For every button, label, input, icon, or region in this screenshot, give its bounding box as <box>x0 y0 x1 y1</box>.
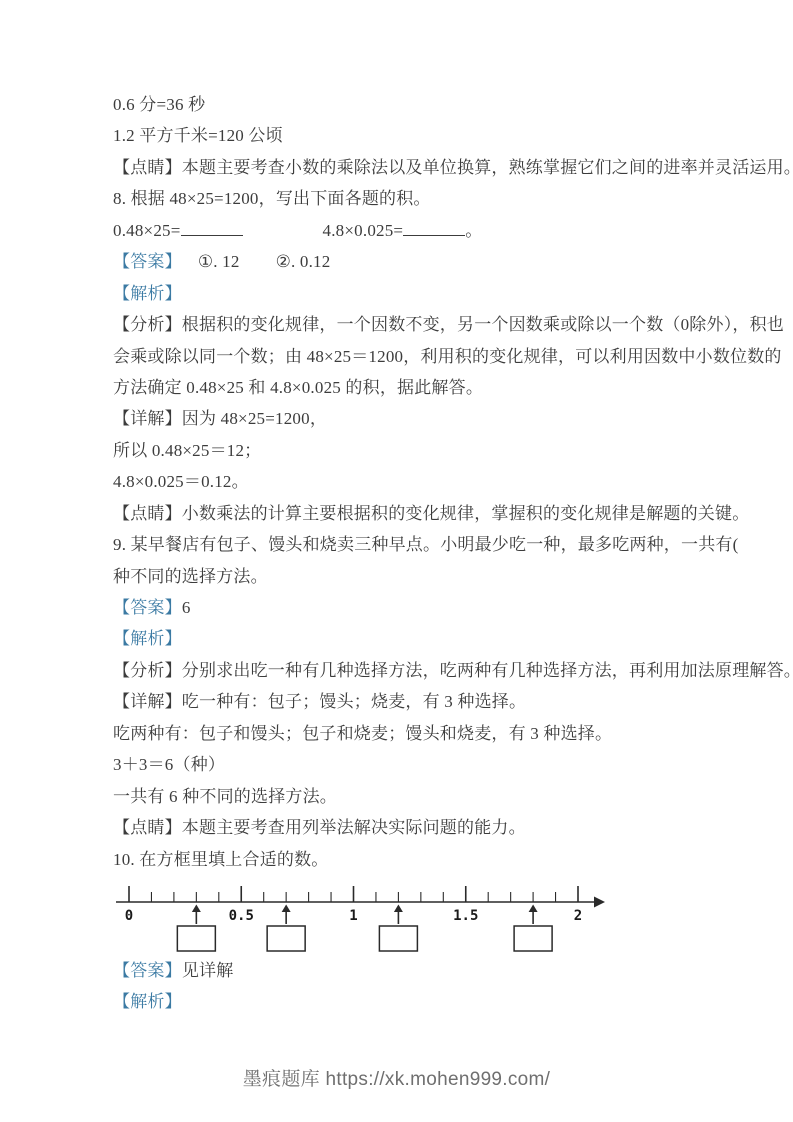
text-run: 【分析】分别求出吃一种有几种选择方法，吃两种有几种选择方法，再利用加法原理解答。 <box>113 661 793 680</box>
text-run: 4.8×0.025= <box>323 221 404 240</box>
text-line: 【点睛】本题主要考查小数的乘除法以及单位换算，熟练掌握它们之间的进率并灵活运用。 <box>113 152 713 183</box>
up-arrow-head-icon <box>282 904 291 912</box>
answer-blank <box>181 220 243 236</box>
answer-box <box>177 926 215 951</box>
up-arrow-head-icon <box>529 904 538 912</box>
text-line: 吃两种有：包子和馒头；包子和烧麦；馒头和烧麦，有 3 种选择。 <box>113 718 713 749</box>
answer-box <box>514 926 552 951</box>
text-line: 10. 在方框里填上合适的数。 <box>113 844 713 875</box>
text-run: ②. 0.12 <box>276 252 331 271</box>
text-run: 种不同的选择方法。 <box>113 567 268 586</box>
text-run: 一共有 6 种不同的选择方法。 <box>113 787 337 806</box>
text-line: 【解析】 <box>113 986 713 1017</box>
text-run: 所以 0.48×25＝12； <box>113 441 261 460</box>
text-run: ①. 12 <box>198 252 240 271</box>
text-run: 3＋3＝6（种） <box>113 755 225 774</box>
tick-label: 1 <box>349 908 357 924</box>
text-run: 【分析】根据积的变化规律，一个因数不变，另一个因数乘或除以一个数（0除外），积也 <box>113 315 784 334</box>
spacer <box>243 235 323 236</box>
spacer <box>240 266 276 267</box>
text-line: 【点睛】小数乘法的计算主要根据积的变化规律，掌握积的变化规律是解题的关键。 <box>113 498 713 529</box>
text-line: 会乘或除以同一个数；由 48×25＝1200，利用积的变化规律，可以利用因数中小… <box>113 341 713 372</box>
text-run: 10. 在方框里填上合适的数。 <box>113 850 329 869</box>
text-run: 方法确定 0.48×25 和 4.8×0.025 的积，据此解答。 <box>113 378 483 397</box>
tick-label: 1.5 <box>453 908 478 924</box>
number-line-figure: 00.511.52 <box>110 881 713 955</box>
tick-label: 2 <box>574 908 582 924</box>
section-marker: 【答案】 <box>113 961 182 980</box>
number-line-diagram: 00.511.52 <box>110 881 630 953</box>
text-run: 0.48×25= <box>113 221 181 240</box>
text-line: 4.8×0.025＝0.12。 <box>113 466 713 497</box>
axis-arrow-icon <box>594 896 605 907</box>
answer-box <box>379 926 417 951</box>
text-line: 种不同的选择方法。 <box>113 561 713 592</box>
section-marker: 【解析】 <box>113 629 182 648</box>
text-line: 【答案】①. 12②. 0.12 <box>113 246 713 277</box>
section-marker: 【答案】 <box>113 598 182 617</box>
spacer <box>738 549 793 550</box>
answer-box <box>267 926 305 951</box>
text-run: 【点睛】本题主要考查小数的乘除法以及单位换算，熟练掌握它们之间的进率并灵活运用。 <box>113 158 793 177</box>
text-line: 所以 0.48×25＝12； <box>113 435 713 466</box>
text-line: 【点睛】本题主要考查用列举法解决实际问题的能力。 <box>113 812 713 843</box>
section-marker: 【解析】 <box>113 992 182 1011</box>
text-line: 【解析】 <box>113 623 713 654</box>
text-line: 【分析】分别求出吃一种有几种选择方法，吃两种有几种选择方法，再利用加法原理解答。 <box>113 655 713 686</box>
text-line: 方法确定 0.48×25 和 4.8×0.025 的积，据此解答。 <box>113 372 713 403</box>
text-run: 1.2 平方千米=120 公顷 <box>113 126 283 145</box>
text-line: 8. 根据 48×25=1200，写出下面各题的积。 <box>113 183 713 214</box>
text-run: 9. 某早餐店有包子、馒头和烧卖三种早点。小明最少吃一种，最多吃两种，一共有( <box>113 535 738 554</box>
text-line: 0.6 分=36 秒 <box>113 89 713 120</box>
text-run: 【详解】吃一种有：包子；馒头；烧麦，有 3 种选择。 <box>113 692 526 711</box>
tick-label: 0 <box>125 908 133 924</box>
text-line: 【详解】因为 48×25=1200， <box>113 403 713 434</box>
footer-text: 墨痕题库 https://xk.mohen999.com/ <box>243 1069 551 1090</box>
text-run: 。 <box>465 221 482 240</box>
text-run: 见详解 <box>182 961 234 980</box>
text-line: 9. 某早餐店有包子、馒头和烧卖三种早点。小明最少吃一种，最多吃两种，一共有() <box>113 529 713 560</box>
text-run: 会乘或除以同一个数；由 48×25＝1200，利用积的变化规律，可以利用因数中小… <box>113 347 782 366</box>
document-page: 0.6 分=36 秒1.2 平方千米=120 公顷【点睛】本题主要考查小数的乘除… <box>0 0 793 1122</box>
up-arrow-head-icon <box>192 904 201 912</box>
section-marker: 【解析】 <box>113 284 182 303</box>
text-run: 4.8×0.025＝0.12。 <box>113 472 249 491</box>
text-run: 【点睛】本题主要考查用列举法解决实际问题的能力。 <box>113 818 526 837</box>
spacer <box>182 266 198 267</box>
text-line: 【分析】根据积的变化规律，一个因数不变，另一个因数乘或除以一个数（0除外），积也 <box>113 309 713 340</box>
document-content: 0.6 分=36 秒1.2 平方千米=120 公顷【点睛】本题主要考查小数的乘除… <box>0 0 793 1018</box>
answer-blank <box>403 220 465 236</box>
text-line: 【详解】吃一种有：包子；馒头；烧麦，有 3 种选择。 <box>113 686 713 717</box>
text-line: 【答案】见详解 <box>113 955 713 986</box>
text-line: 【解析】 <box>113 278 713 309</box>
text-line: 一共有 6 种不同的选择方法。 <box>113 781 713 812</box>
section-marker: 【答案】 <box>113 252 182 271</box>
text-run: 6 <box>182 598 191 617</box>
text-line: 0.48×25=4.8×0.025=。 <box>113 215 713 246</box>
text-run: 0.6 分=36 秒 <box>113 95 205 114</box>
tick-label: 0.5 <box>229 908 254 924</box>
text-run: 【点睛】小数乘法的计算主要根据积的变化规律，掌握积的变化规律是解题的关键。 <box>113 504 749 523</box>
text-line: 3＋3＝6（种） <box>113 749 713 780</box>
text-run: 【详解】因为 48×25=1200， <box>113 409 327 428</box>
text-line: 【答案】6 <box>113 592 713 623</box>
text-run: 吃两种有：包子和馒头；包子和烧麦；馒头和烧麦，有 3 种选择。 <box>113 724 612 743</box>
page-footer: 墨痕题库 https://xk.mohen999.com/ <box>0 1064 793 1091</box>
text-run: 8. 根据 48×25=1200，写出下面各题的积。 <box>113 189 431 208</box>
up-arrow-head-icon <box>394 904 403 912</box>
text-line: 1.2 平方千米=120 公顷 <box>113 120 713 151</box>
